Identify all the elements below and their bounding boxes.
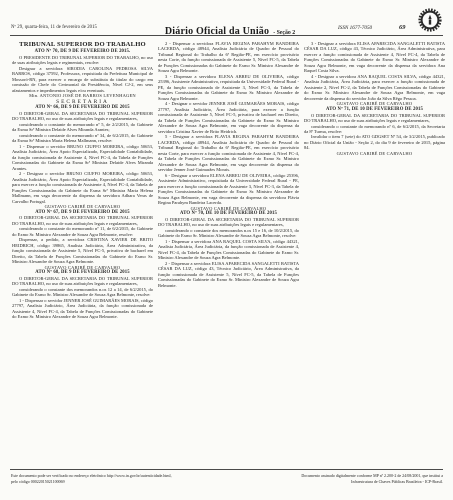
- gazette-page: Nº 29, quarta-feira, 11 de fevereiro de …: [0, 0, 453, 500]
- footer-rule: [10, 469, 443, 470]
- digital-signature-note: Documento assinado digitalmente conforme…: [248, 473, 443, 485]
- paragraph: O DIRETOR-GERAL DA SECRETARIA DO TRIBUNA…: [12, 111, 153, 122]
- paragraph: 1 - Dispensar o servidor BRUNO CIUFFO MO…: [12, 144, 153, 171]
- signature: GUSTAVO CARIBÉ DE CARVALHO: [304, 151, 445, 156]
- official-seal-icon: [417, 7, 443, 33]
- paragraph: 2 - Dispensar a servidora FLAVIA REGINA …: [158, 41, 299, 74]
- column-middle: 2 - Dispensar a servidora FLAVIA REGINA …: [158, 41, 299, 288]
- paragraph: Dispensar, a pedido, a servidora CRISTIN…: [12, 237, 153, 264]
- paragraph: Invalidar o item 7 (sete) do ATO GDGSET …: [304, 134, 445, 150]
- paragraph: 5 - Designar a servidora FLAVIA REGINA P…: [158, 134, 299, 172]
- masthead: Diário Oficial da União - Seção 2: [140, 21, 320, 39]
- paragraph: 1 - Dispensar a servidora ANA RAQUEL COS…: [158, 239, 299, 261]
- page-number: 69: [399, 24, 405, 31]
- paragraph: O DIRETOR-GERAL DA SECRETARIA DO TRIBUNA…: [12, 276, 153, 287]
- header-rule: [10, 35, 443, 36]
- paragraph: considerando o constante do memorando nº…: [12, 226, 153, 237]
- paragraph: 4 - Designar a servidora ANA RAQUEL COST…: [304, 74, 445, 101]
- paragraph: O DIRETOR-GERAL DA SECRETARIA DO TRIBUNA…: [304, 113, 445, 124]
- column-right: 3 - Designar a servidora ELISA APARECIDA…: [304, 41, 445, 156]
- verification-note: Este documento pode ser verificado no en…: [11, 473, 246, 485]
- paragraph: 2 - Dispensar a servidora ELISA APARECID…: [158, 261, 299, 288]
- paragraph: O DIRETOR-GERAL DA SECRETARIA DO TRIBUNA…: [12, 215, 153, 226]
- digital-signature-note-line2: Infraestrutura de Chaves Públicas Brasil…: [248, 479, 443, 485]
- column-left: TRIBUNAL SUPERIOR DO TRABALHOATO Nº 70, …: [12, 41, 153, 320]
- paragraph: 3 - Dispensar a servidora ELENA ABREU DE…: [158, 74, 299, 101]
- paragraph: O PRESIDENTE DO TRIBUNAL SUPERIOR DO TRA…: [12, 55, 153, 66]
- paragraph: considerando o constante do memorando nº…: [304, 124, 445, 135]
- edition-date: Nº 29, quarta-feira, 11 de fevereiro de …: [11, 25, 97, 30]
- verification-note-line2: pelo código 00022015021100069: [11, 479, 246, 485]
- paragraph: 1 - Dispensar o servidor JENNER JOSÉ GUI…: [12, 298, 153, 320]
- paragraph: considerando o constante do memorando nº…: [12, 122, 153, 133]
- paragraph: considerando o constante do memorando nº…: [12, 133, 153, 144]
- org-heading: TRIBUNAL SUPERIOR DO TRABALHO: [12, 41, 153, 49]
- paragraph: considerando o constante dos memorandos …: [158, 228, 299, 239]
- paragraph: O DIRETOR-GERAL DA SECRETARIA DO TRIBUNA…: [158, 217, 299, 228]
- paragraph: Designar a servidora SIRODIA CAROLINA PE…: [12, 66, 153, 93]
- paragraph: 6 - Designar a servidora ELENA ABREU DE …: [158, 173, 299, 206]
- paragraph: 4 - Designar o servidor JENNER JOSÉ GUIM…: [158, 101, 299, 134]
- signature: Min. ANTONIO JOSÉ DE BARROS LEVENHAGEN: [12, 93, 153, 98]
- paragraph: 3 - Designar a servidora ELISA APARECIDA…: [304, 41, 445, 74]
- paragraph: considerando o constante dos memorandos …: [12, 287, 153, 298]
- issn-label: ISSN 1677-7050: [338, 25, 372, 31]
- paragraph: 2 - Designar o servidor BRUNO CIUFFO MOR…: [12, 171, 153, 204]
